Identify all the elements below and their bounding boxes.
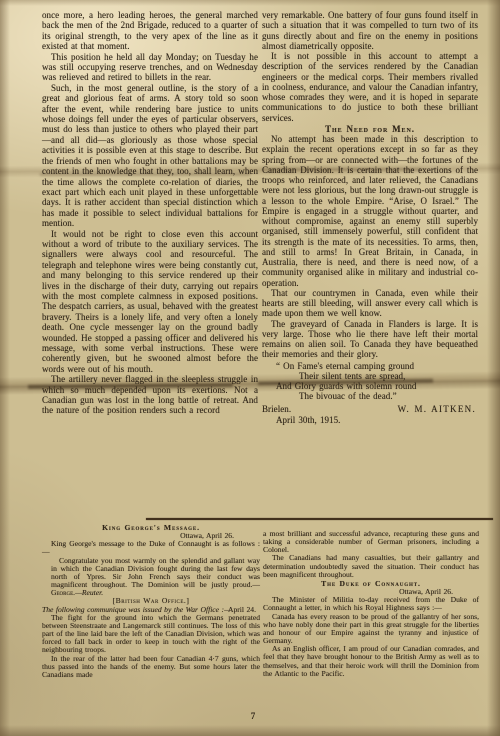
paragraph: This position he held all day Monday; on… — [42, 52, 258, 83]
paragraph: It is not possible in this account to at… — [262, 51, 478, 123]
signature-row: Brielen. W. M. AITKEN. — [262, 404, 478, 414]
king-george-message-section: King George's Message. Ottawa, April 26.… — [42, 523, 260, 679]
paragraph: No attempt has been made in this descrip… — [262, 134, 478, 288]
paragraph: once more, a hero leading heroes, the ge… — [42, 10, 258, 52]
section-heading-need-for-men: The Need for Men. — [262, 124, 478, 134]
quoted-letter-paragraph: Canada has every reason to be proud of t… — [263, 613, 479, 646]
paper-edge-right — [487, 0, 500, 736]
paragraph: It would not be right to close even this… — [42, 229, 258, 375]
paragraph: The Canadians had many casualties, but t… — [263, 554, 479, 578]
right-text-column: very remarkable. One battery of four gun… — [262, 10, 478, 425]
signature-date: April 30th, 1915. — [276, 415, 478, 425]
news-agency-credit: —Reuter. — [75, 588, 103, 597]
paragraph: In the rear of the latter had been four … — [42, 655, 260, 679]
communique-intro: The following communique was issued by t… — [42, 606, 260, 614]
paragraph: The fight for the ground into which the … — [42, 614, 260, 655]
paragraph: The graveyard of Canada in Flanders is l… — [262, 319, 478, 360]
paragraph: very remarkable. One battery of four gun… — [262, 10, 478, 51]
scanned-document-page: once more, a hero leading heroes, the ge… — [0, 0, 500, 736]
left-text-column: once more, a hero leading heroes, the ge… — [42, 10, 258, 416]
quoted-letter-paragraph: As an English officer, I am proud of our… — [263, 645, 479, 678]
quoted-message: Congratulate you most warmly on the sple… — [51, 557, 260, 598]
signature-place: Brielen. — [262, 404, 291, 414]
paragraph: King George's message to the Duke of Con… — [42, 540, 260, 556]
paper-edge-bottom — [0, 725, 500, 736]
paper-edge-top — [0, 0, 500, 6]
paragraph: a most brilliant and successful advance,… — [263, 530, 479, 554]
poem-line: The bivouac of the dead.” — [299, 391, 478, 401]
paragraph: Such, in the most general outline, is th… — [42, 83, 258, 229]
page-number: 7 — [246, 711, 260, 721]
duke-of-connaught-section: a most brilliant and successful advance,… — [263, 530, 479, 678]
paper-edge-left — [0, 0, 10, 736]
poem-line: Their silent tents are spread, — [299, 371, 478, 381]
poem-line: And Glory guards with solemn round — [276, 381, 478, 391]
poem-quotation: “ On Fame's eternal camping ground Their… — [262, 361, 478, 402]
paragraph: The artillery never flagged in the sleep… — [42, 374, 258, 416]
communique-date: April 24. — [228, 606, 256, 614]
poem-line: “ On Fame's eternal camping ground — [276, 361, 478, 371]
paragraph: The Minister of Militia to-day received … — [263, 596, 479, 612]
section-divider-rule — [146, 518, 493, 520]
paragraph: That our countrymen in Canada, even whil… — [262, 288, 478, 319]
author-signature: W. M. AITKEN. — [398, 404, 478, 414]
